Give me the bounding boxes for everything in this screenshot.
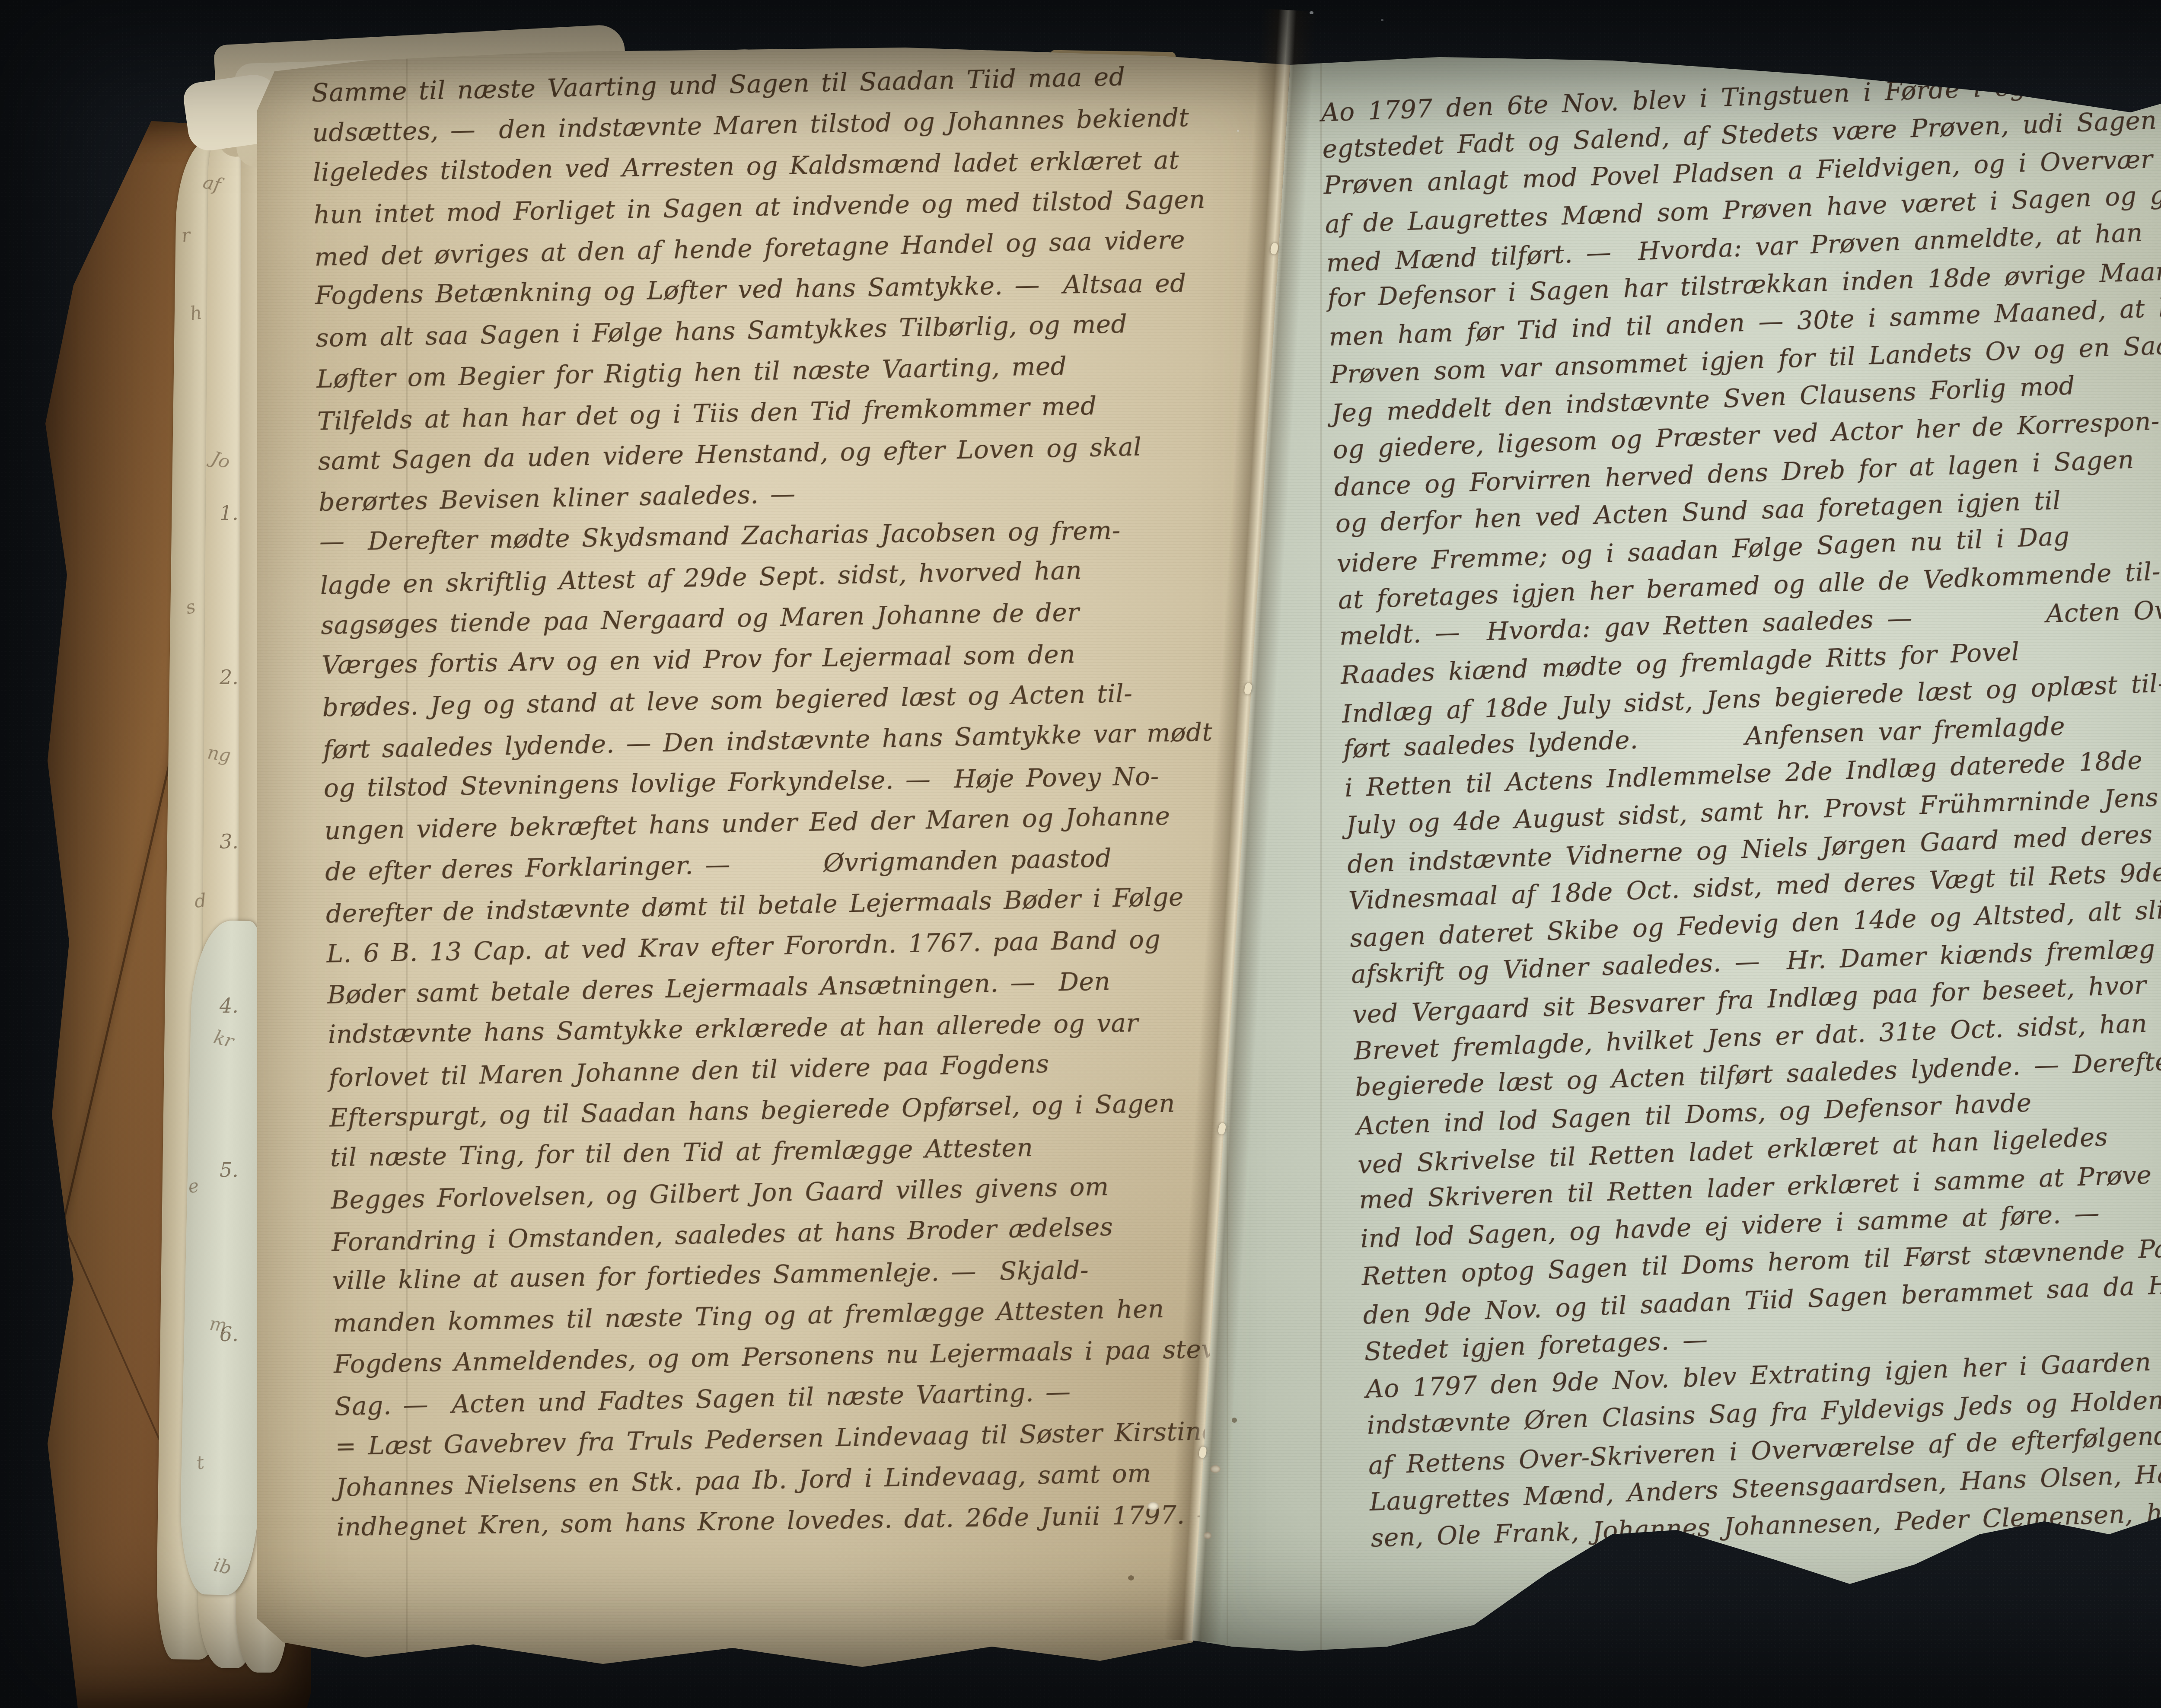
script-fragment: s <box>183 596 198 618</box>
dust-speck <box>1310 11 1313 14</box>
left-page: Samme til næste Vaarting und Sagen til S… <box>257 45 1292 1670</box>
wormhole <box>1128 1575 1134 1581</box>
script-fragment: d <box>194 890 207 912</box>
wormhole <box>1147 1502 1159 1510</box>
right-page-text: Ao 1797 den 6te Nov. blev i Tingstuen i … <box>1320 61 2161 1558</box>
script-fragment: ib <box>212 1554 233 1579</box>
script-fragment: h <box>189 302 204 324</box>
margin-number: 3. <box>220 830 239 853</box>
script-fragment: af <box>201 171 223 195</box>
right-page: 182 Ao 1797 den 6te Nov. blev i Tingstue… <box>1180 52 2161 1690</box>
margin-number: 1. <box>220 501 239 525</box>
fold-crease <box>1320 52 1322 1690</box>
wormhole <box>1204 1532 1211 1539</box>
wormhole <box>1232 1418 1237 1423</box>
script-fragment: r <box>180 224 191 246</box>
margin-number: 5. <box>220 1158 239 1182</box>
script-fragment: t <box>195 1452 205 1474</box>
wormhole <box>1210 1465 1221 1473</box>
margin-numerals: 1.2.3.4.5.6. <box>215 484 258 1435</box>
dust-speck <box>1237 130 1239 132</box>
dust-speck <box>1381 19 1383 21</box>
left-page-text: Samme til næste Vaarting und Sagen til S… <box>311 55 1262 1549</box>
margin-number: 2. <box>220 666 239 689</box>
script-fragment: Jo <box>209 447 233 473</box>
script-fragment: e <box>186 1175 201 1198</box>
manuscript-photo: { "photo": { "background_color": "#14181… <box>0 0 2161 1708</box>
margin-number: 6. <box>220 1322 239 1346</box>
margin-number: 4. <box>220 994 239 1017</box>
